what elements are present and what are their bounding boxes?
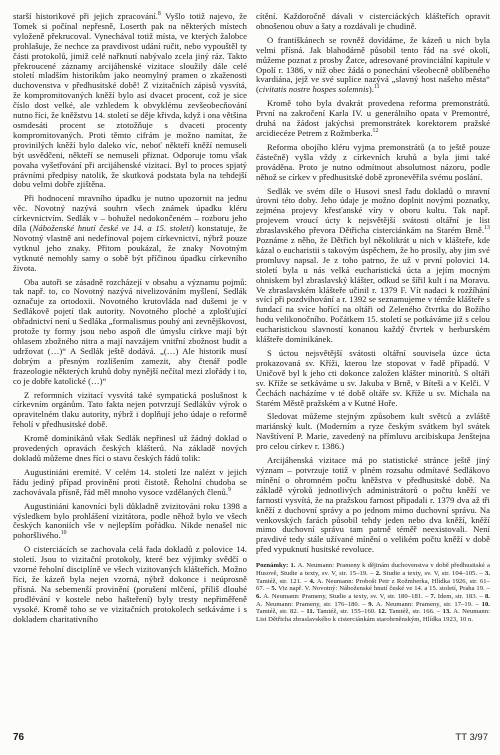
paragraph: Augustiniáni eremité. V celém 14. stolet…: [13, 468, 247, 498]
right-column: cítění. Každoročně dávali v cisterciácký…: [256, 12, 490, 628]
paragraph: Z reformních vizitací vysvítá také sympa…: [13, 391, 247, 431]
paragraph: Sledovat můžeme stejným způsobem kult sv…: [256, 412, 490, 452]
document-page: starší historikové při jejich zpracování…: [0, 0, 500, 755]
paragraph: Oba autoři se zásadně rozcházejí v obsah…: [13, 278, 247, 387]
page-number: 76: [13, 732, 24, 743]
paragraph: cítění. Každoročně dávali v cisterciácký…: [256, 12, 490, 32]
left-column: starší historikové při jejich zpracování…: [13, 12, 247, 628]
paragraph: Reforma obojího kléru vyjma premonstrátů…: [256, 143, 490, 183]
paragraph: Při hodnocení mravního úpadku je nutno u…: [13, 194, 247, 273]
journal-reference: TT 3/97: [455, 732, 488, 743]
paragraph: S úctou nejsvětější svátosti oltářní sou…: [256, 349, 490, 408]
footnotes: Poznámky: 1. A. Neumann: Prameny k dějin…: [256, 562, 490, 624]
paragraph: starší historikové při jejich zpracování…: [13, 12, 247, 190]
paragraph: Arcijáhenská vizitace má po statistické …: [256, 456, 490, 555]
paragraph: Augustiniáni kanovníci byli důkladně zvi…: [13, 502, 247, 542]
paragraph: Kromě dominikánů však Sedlák nepřinesl u…: [13, 434, 247, 464]
text-columns: starší historikové při jejich zpracování…: [13, 12, 490, 628]
paragraph: O cisterciácích se zachovala celá řada d…: [13, 545, 247, 624]
paragraph: O františkánech se rovněž dovídáme, že k…: [256, 36, 490, 95]
page-footer: 76 TT 3/97: [13, 732, 488, 743]
paragraph: Kromě toho byla dvakrát provedena reform…: [256, 99, 490, 139]
paragraph: Sedlák ve svém díle o Husovi snesl řadu …: [256, 187, 490, 346]
